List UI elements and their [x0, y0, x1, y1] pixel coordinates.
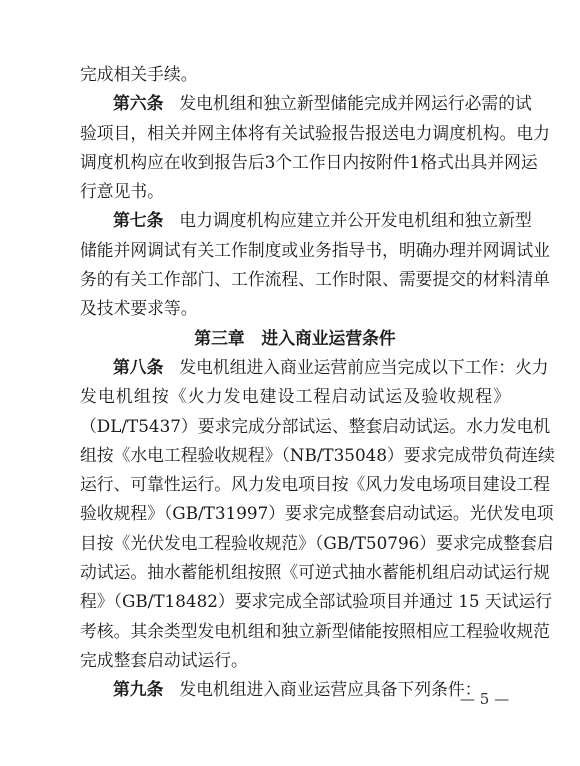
article-text: 发电机组进入商业运营前应当完成以下工作：火力: [179, 357, 548, 377]
chapter-heading: 第三章 进入商业运营条件: [80, 324, 510, 353]
page-number: — 5 —: [460, 690, 509, 708]
body-line: 调度机构应在收到报告后3个工作日内按附件1格式出具并网运: [80, 148, 510, 177]
body-line: 运行、可靠性运行。风力发电项目按《风力发电场项目建设工程: [80, 470, 510, 499]
body-line: 程》（GB/T18482）要求完成全部试验项目并通过 15 天试运行: [80, 587, 510, 616]
body-line: 储能并网调试有关工作制度或业务指导书，明确办理并网调试业: [80, 236, 510, 265]
body-line: 完成相关手续。: [80, 60, 510, 89]
body-line: 目按《光伏发电工程验收规范》（GB/T50796）要求完成整套启: [80, 529, 510, 558]
body-line: 行意见书。: [80, 177, 510, 206]
body-line: 发电机组按《火力发电建设工程启动试运及验收规程》: [80, 382, 510, 411]
article-start-line: 第七条电力调度机构应建立并公开发电机组和独立新型: [80, 206, 510, 235]
article-text: 发电机组进入商业运营应具备下列条件：: [179, 679, 481, 699]
body-line: 验项目，相关并网主体将有关试验报告报送电力调度机构。电力: [80, 119, 510, 148]
body-line: 务的有关工作部门、工作流程、工作时限、需要提交的材料清单: [80, 265, 510, 294]
article-start-line: 第九条发电机组进入商业运营应具备下列条件：: [80, 675, 510, 704]
body-line: 考核。其余类型发电机组和独立新型储能按照相应工程验收规范: [80, 617, 510, 646]
article-label: 第七条: [113, 210, 163, 230]
article-text: 发电机组和独立新型储能完成并网运行必需的试: [179, 93, 531, 113]
article-start-line: 第八条发电机组进入商业运营前应当完成以下工作：火力: [80, 353, 510, 382]
body-line: 验收规程》（GB/T31997）要求完成整套启动试运。光伏发电项: [80, 499, 510, 528]
body-line: 动试运。抽水蓄能机组按照《可逆式抽水蓄能机组启动试运行规: [80, 558, 510, 587]
document-page: 完成相关手续。第六条发电机组和独立新型储能完成并网运行必需的试验项目，相关并网主…: [80, 60, 510, 705]
article-label: 第六条: [113, 93, 163, 113]
body-line: （DL/T5437）要求完成分部试运、整套启动试运。水力发电机: [80, 412, 510, 441]
article-start-line: 第六条发电机组和独立新型储能完成并网运行必需的试: [80, 89, 510, 118]
body-line: 及技术要求等。: [80, 294, 510, 323]
article-label: 第八条: [113, 357, 163, 377]
article-label: 第九条: [113, 679, 163, 699]
article-text: 电力调度机构应建立并公开发电机组和独立新型: [179, 210, 531, 230]
body-line: 完成整套启动试运行。: [80, 646, 510, 675]
body-line: 组按《水电工程验收规程》（NB/T35048）要求完成带负荷连续: [80, 441, 510, 470]
